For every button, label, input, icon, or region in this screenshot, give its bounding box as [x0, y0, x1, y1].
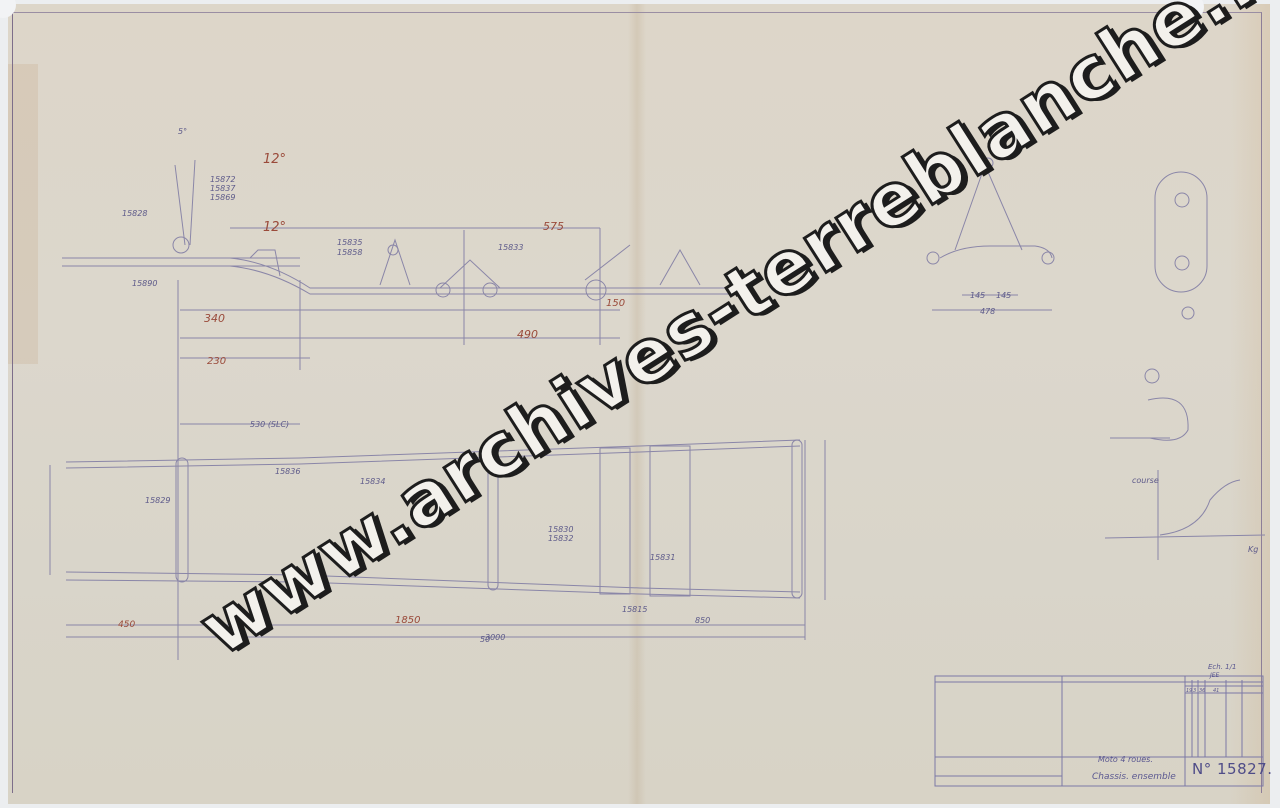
dimension: 530 (SLC) [250, 420, 289, 429]
scale-label: Ech. 1/1 [1208, 663, 1236, 671]
dimension: 230 [207, 356, 226, 367]
part-ref: 15835 [337, 238, 362, 247]
revision-header: JEE [1210, 672, 1219, 679]
part-ref: 15837 [210, 184, 236, 193]
dimension: 450 [118, 620, 135, 630]
part-ref: 15829 [145, 496, 170, 505]
revision-cell: 41 [1213, 688, 1219, 694]
angle-label: 12° [263, 220, 286, 235]
dimension: 150 [606, 298, 625, 309]
subject-line-1: Moto 4 roues. [1098, 755, 1153, 764]
sketch-label: Kg [1248, 545, 1258, 554]
part-ref: 15890 [132, 279, 157, 288]
dimension: 478 [980, 307, 995, 316]
dimension: 575 [543, 220, 564, 233]
part-ref: 15869 [210, 193, 235, 202]
revision-cell: 36 [1199, 688, 1205, 694]
part-ref: 15815 [622, 605, 647, 614]
dimension: 145 [996, 291, 1011, 300]
revision-cell: 3 [1193, 688, 1196, 694]
dimension: 490 [517, 328, 538, 341]
part-ref: 15833 [498, 243, 523, 252]
subject-line-2: Chassis. ensemble [1092, 772, 1176, 782]
part-ref: 15872 [210, 175, 235, 184]
drawing-number: N° 15827. [1192, 760, 1272, 778]
part-ref: 15828 [122, 209, 147, 218]
dimension: 1850 [395, 615, 420, 626]
part-ref: 15830 [548, 525, 573, 534]
sketch-label: course [1132, 476, 1159, 485]
dimension: 340 [204, 312, 225, 325]
revision-cell: 19 [1186, 688, 1192, 694]
part-ref: 15858 [337, 248, 362, 257]
dimension: 3000 [485, 633, 505, 642]
angle-label: 12° [263, 152, 286, 167]
part-ref: 15836 [275, 467, 300, 476]
part-ref: 15832 [548, 534, 573, 543]
dimension: 145 [970, 291, 985, 300]
part-ref: 15831 [650, 553, 675, 562]
dimension: 850 [695, 616, 710, 625]
angle-label: 5° [178, 127, 187, 136]
